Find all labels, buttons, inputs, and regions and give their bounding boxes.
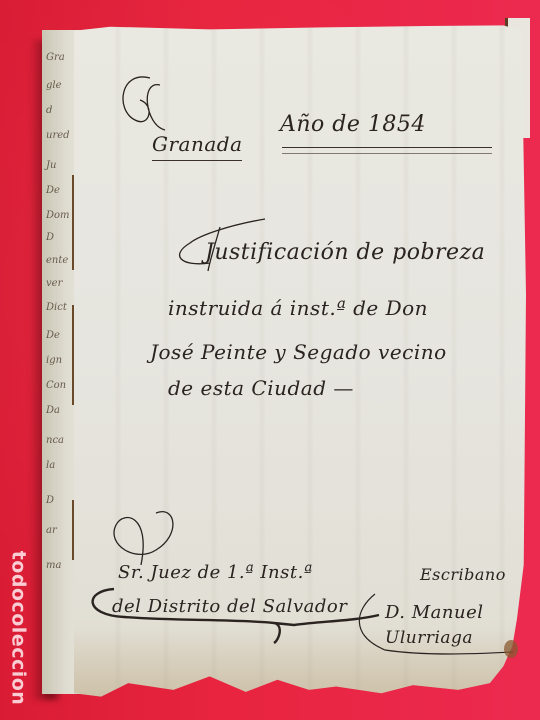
- margin-fragment: D: [46, 495, 54, 506]
- watermark: todocoleccion: [4, 548, 32, 708]
- margin-fragment: nca: [46, 435, 64, 446]
- margin-fragment: ured: [46, 130, 70, 141]
- title-line-2: instruida á inst.ª de Don: [168, 296, 428, 320]
- margin-rule: [72, 305, 74, 405]
- margin-fragment: ma: [46, 560, 61, 571]
- margin-fragment: d: [46, 105, 52, 116]
- margin-fragment: Da: [46, 405, 60, 416]
- margin-fragment: De: [46, 185, 60, 196]
- header-underline: [152, 160, 242, 161]
- ink-stain: [504, 640, 518, 658]
- title-line-4: de esta Ciudad —: [168, 376, 354, 400]
- margin-fragment: D: [46, 232, 54, 243]
- margin-fragment: Dict: [46, 302, 67, 313]
- address-line-1: Sr. Juez de 1.ª Inst.ª: [118, 562, 313, 583]
- margin-fragment: ign: [46, 355, 62, 366]
- margin-fragment: la: [46, 460, 55, 471]
- title-line-1: Justificación de pobreza: [205, 240, 485, 265]
- header-city: Granada: [152, 132, 243, 156]
- watermark-text: todocoleccion: [7, 551, 29, 706]
- year-underline: [282, 153, 492, 154]
- margin-fragment: ente: [46, 255, 68, 266]
- address-brace: [84, 585, 384, 645]
- margin-fragment: ar: [46, 525, 57, 536]
- notary-label: Escribano: [420, 565, 506, 584]
- margin-fragment: Ju: [46, 160, 56, 171]
- header-year: Año de 1854: [280, 112, 426, 137]
- margin-fragment: Con: [46, 380, 66, 391]
- margin-fragment: gle: [46, 80, 62, 91]
- margin-fragment: Gra: [46, 52, 65, 63]
- margin-rule: [72, 500, 74, 560]
- margin-fragment: Dom: [46, 210, 70, 221]
- year-underline: [282, 147, 492, 148]
- title-line-3: José Peinte y Segado vecino: [150, 340, 447, 364]
- margin-fragment: ver: [46, 278, 62, 289]
- notary-brace: [345, 590, 515, 660]
- margin-rule: [72, 175, 74, 270]
- margin-fragment: De: [46, 330, 60, 341]
